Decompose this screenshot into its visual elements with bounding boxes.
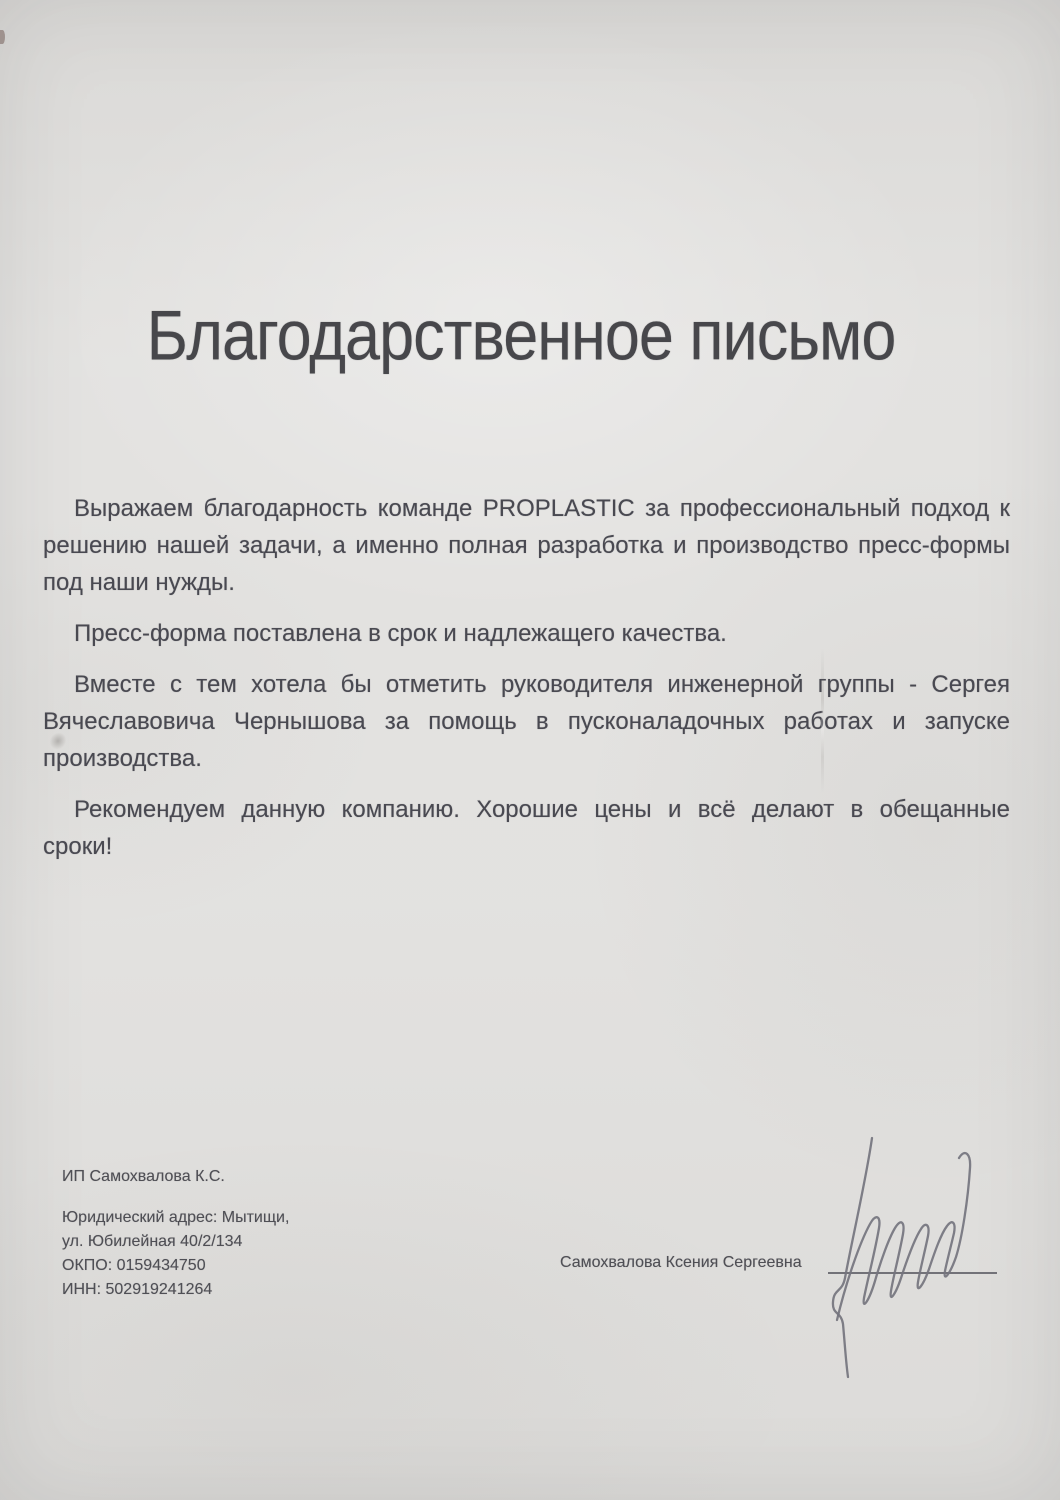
footer-address-line-2: ул. Юбилейная 40/2/134: [62, 1230, 289, 1254]
footer-okpo: ОКПО: 0159434750: [62, 1254, 289, 1278]
paragraph: Пресс-форма поставлена в срок и надлежащ…: [43, 615, 1010, 652]
footer-inn: ИНН: 502919241264: [62, 1278, 289, 1302]
body-line: сроки!: [43, 828, 1010, 865]
paragraph: Вместе с тем хотела бы отметить руководи…: [43, 666, 1010, 777]
scan-edge-mark: [0, 30, 5, 44]
signature-loops-stroke: [837, 1153, 970, 1320]
body-line: Вместе с тем хотела бы отметить руководи…: [43, 666, 1010, 703]
footer-address-line-1: Юридический адрес: Мытищи,: [62, 1206, 289, 1230]
paragraph: Рекомендуем данную компанию. Хорошие цен…: [43, 791, 1010, 865]
sender-details: Юридический адрес: Мытищи, ул. Юбилейная…: [62, 1206, 289, 1302]
signature-handwriting: [810, 1130, 1010, 1390]
body-line: Пресс-форма поставлена в срок и надлежащ…: [43, 615, 1010, 652]
body-line: Вячеславовича Чернышова за помощь в пуск…: [43, 703, 1010, 740]
letter-title: Благодарственное письмо: [0, 296, 1051, 377]
signature-stem-stroke: [833, 1138, 872, 1377]
paragraph: Выражаем благодарность команде PROPLASTI…: [43, 490, 1010, 601]
body-line: Рекомендуем данную компанию. Хорошие цен…: [43, 791, 1010, 828]
body-line: решению нашей задачи, а именно полная ра…: [43, 527, 1010, 564]
paper-crease: [821, 648, 824, 793]
footer-company: ИП Самохвалова К.С.: [62, 1168, 225, 1186]
signer-name: Самохвалова Ксения Сергеевна: [560, 1254, 826, 1272]
body-line: производства.: [43, 740, 1010, 777]
body-line: под наши нужды.: [43, 564, 1010, 601]
scanned-letter-page: Благодарственное письмо Выражаем благода…: [0, 0, 1060, 1500]
letter-body: Выражаем благодарность команде PROPLASTI…: [43, 490, 1010, 879]
body-line: Выражаем благодарность команде PROPLASTI…: [43, 490, 1010, 527]
